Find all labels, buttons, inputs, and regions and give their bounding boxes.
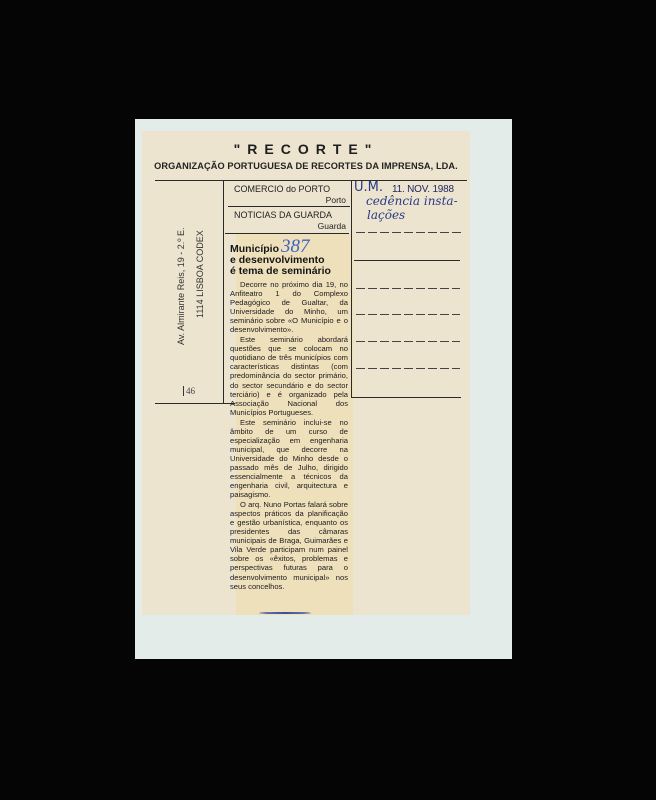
address-bottom-line (155, 403, 235, 404)
article-paragraph: O arq. Nuno Portas falará sobre aspectos… (230, 500, 348, 590)
agency-name: ORGANIZAÇÃO PORTUGUESA DE RECORTES DA IM… (142, 161, 470, 171)
address-line: 1114 LISBOA CODEX (195, 230, 205, 318)
note-line (356, 368, 460, 369)
handwritten-reference-number: 387 (281, 236, 310, 258)
article-end-mark (259, 612, 311, 614)
source-city: Guarda (290, 221, 346, 231)
column-divider-left (223, 180, 224, 404)
handwritten-note: lações (367, 208, 405, 222)
note-line (356, 232, 462, 233)
article-paragraph: Decorre no próximo dia 19, no Anfiteatro… (230, 280, 348, 334)
source-name: NOTICIAS DA GUARDA (234, 210, 332, 220)
note-line (351, 397, 461, 398)
source-name: COMERCIO do PORTO (234, 184, 330, 194)
article-body: Decorre no próximo dia 19, no Anfiteatro… (230, 280, 348, 592)
header-divider (155, 180, 467, 181)
source-divider (225, 233, 349, 234)
article-paragraph: Este seminário abordará questões que se … (230, 335, 348, 416)
page-number: 46 (183, 386, 195, 396)
column-divider-right (351, 180, 352, 398)
headline-line: é tema de seminário (230, 266, 355, 277)
handwritten-initials: U.M. (354, 180, 383, 195)
source-divider (228, 206, 350, 207)
source-city: Porto (290, 195, 346, 205)
address-line: Av. Almirante Reis, 19 - 2.º E. (176, 227, 186, 345)
article-paragraph: Este seminário inclui-se no âmbito de um… (230, 418, 348, 499)
note-line (356, 288, 460, 289)
handwritten-note: cedência insta- (366, 194, 458, 208)
note-line (356, 341, 460, 342)
agency-title: "RECORTE" (142, 141, 470, 157)
note-line (354, 260, 460, 261)
note-line (356, 314, 460, 315)
